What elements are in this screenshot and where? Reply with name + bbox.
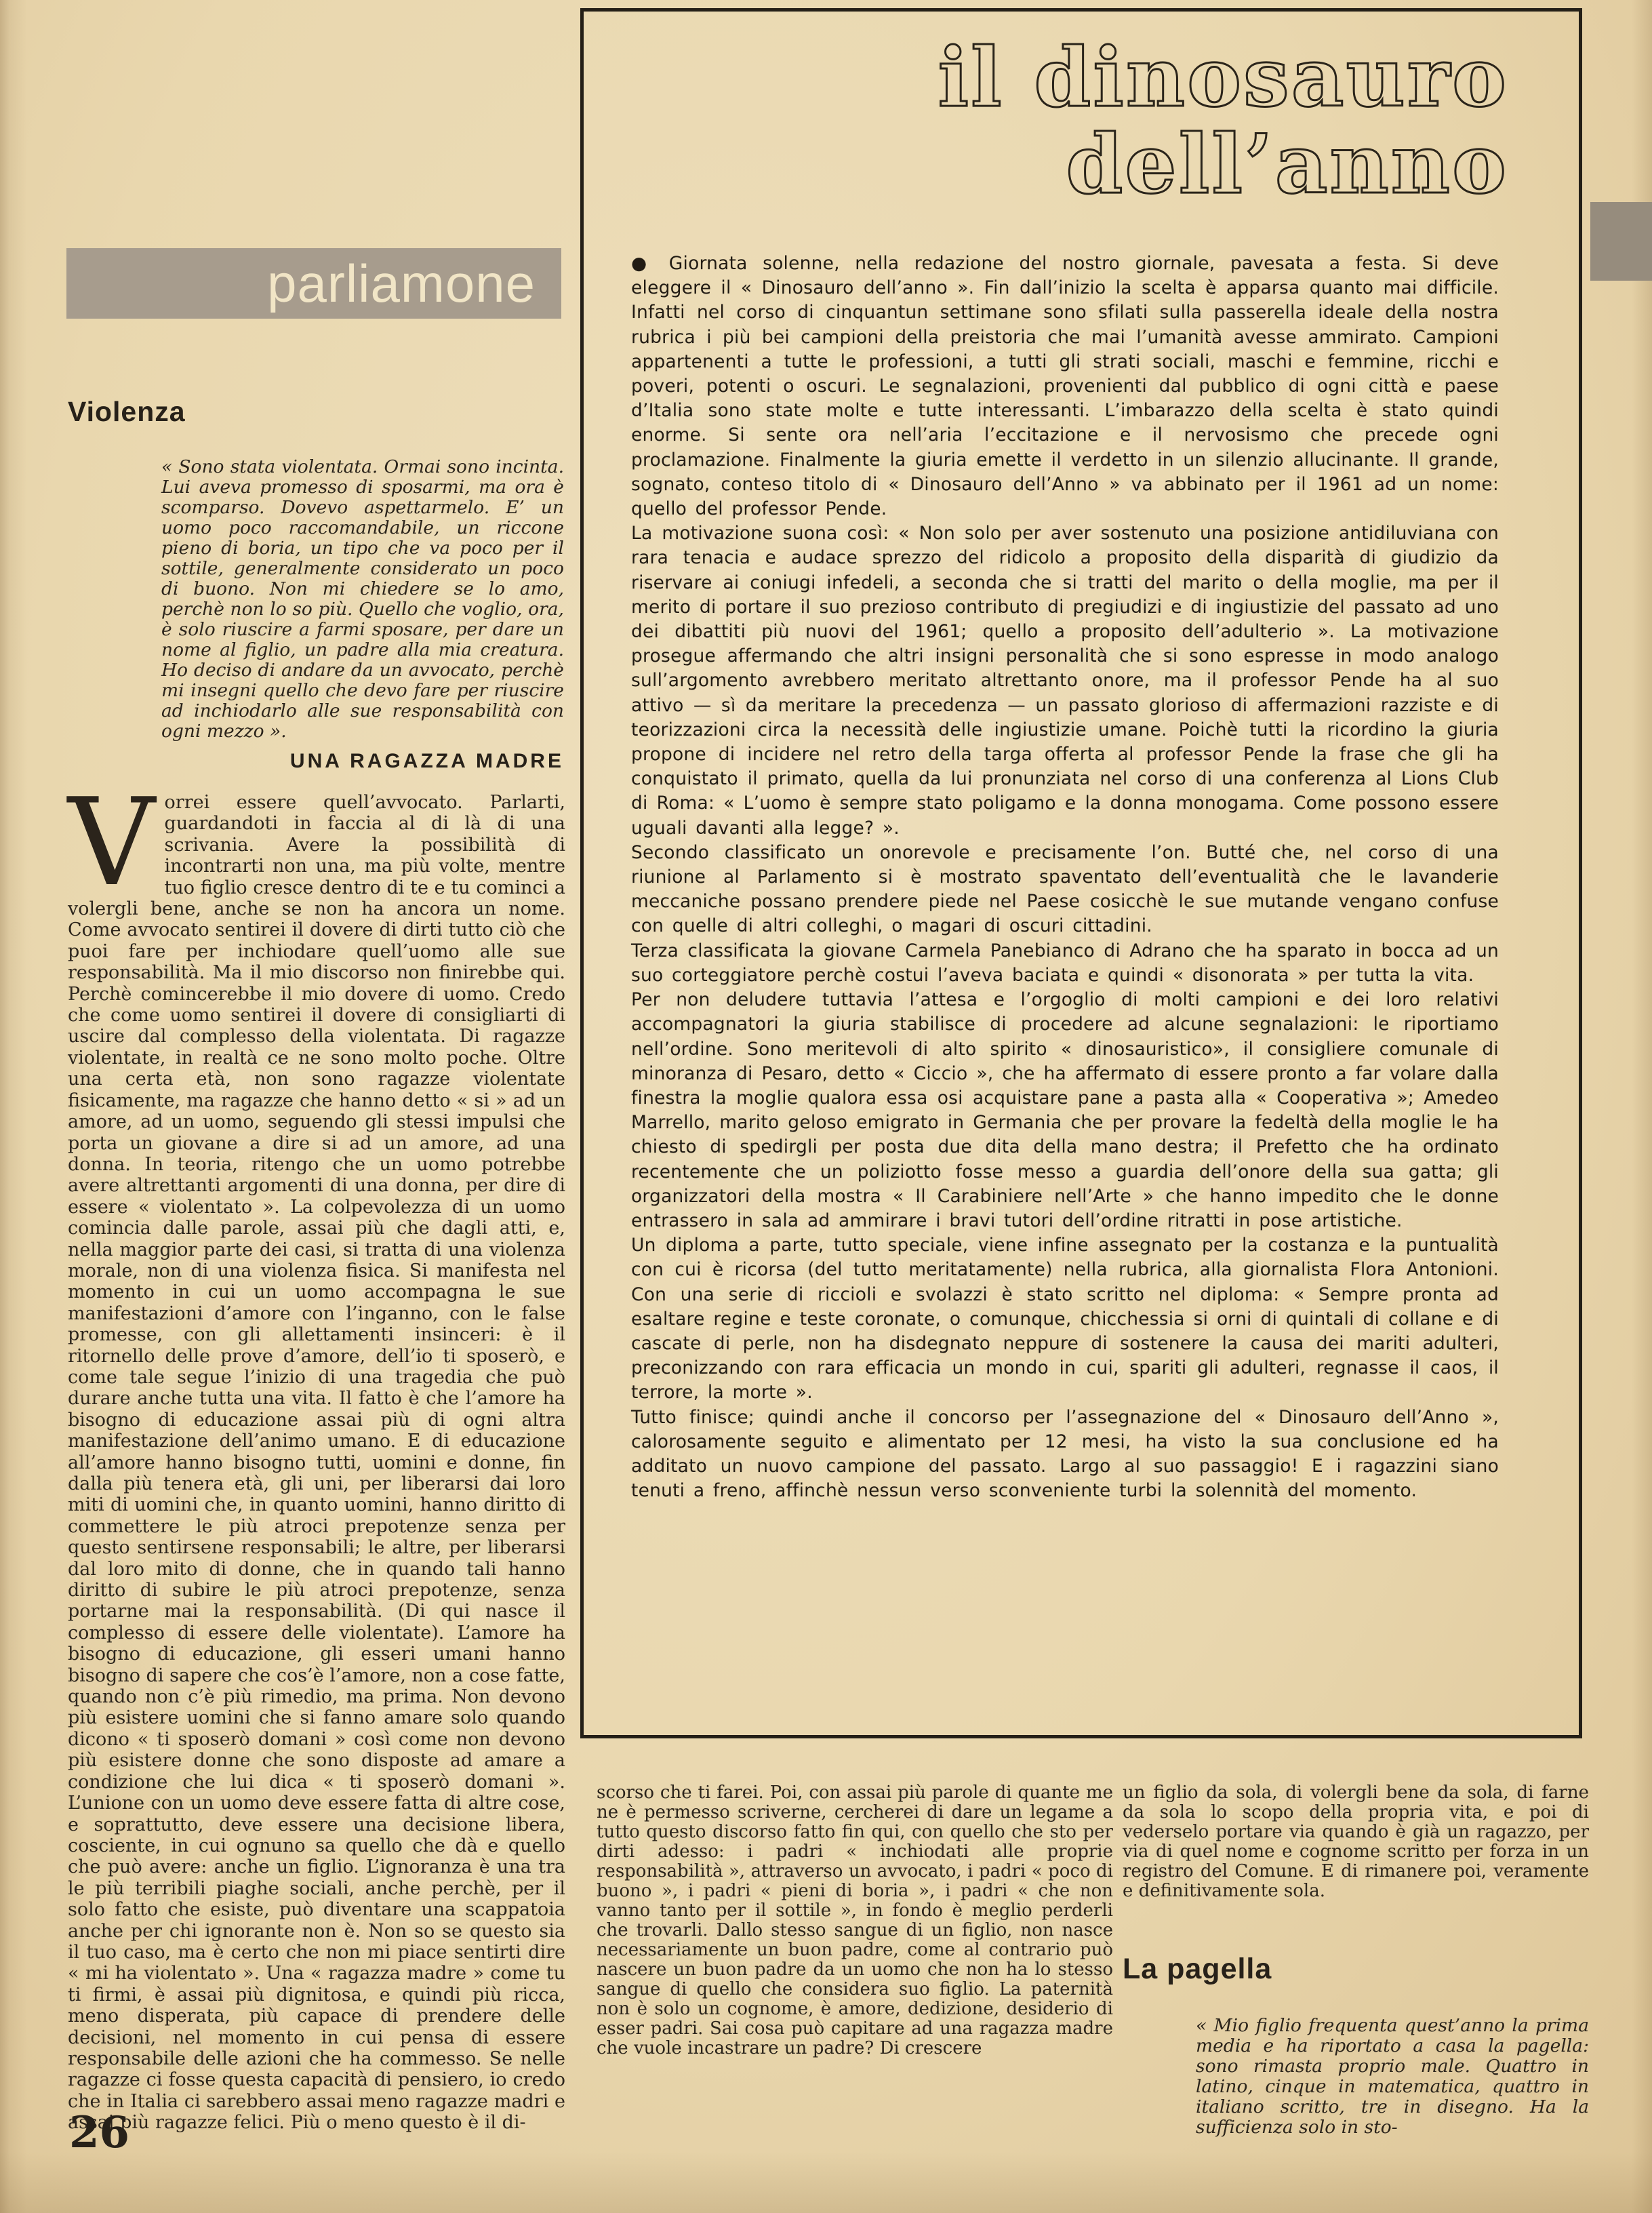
article-paragraph: ● Giornata solenne, nella redazione del …	[631, 252, 1499, 521]
bottom-column-left: scorso che ti farei. Poi, con assai più …	[597, 1783, 1113, 2058]
article-paragraph: Un diploma a parte, tutto speciale, vien…	[631, 1233, 1499, 1405]
section-title: Violenza	[68, 396, 186, 428]
pagella-title: La pagella	[1123, 1959, 1589, 1979]
article-body: ● Giornata solenne, nella redazione del …	[631, 252, 1499, 1503]
headline-line-1: il dinosauro	[584, 35, 1508, 121]
rubric-bar: parliamone	[66, 248, 561, 319]
dropcap: V	[68, 792, 165, 894]
reader-letter: « Sono stata violentata. Ormai sono inci…	[161, 457, 564, 772]
article-paragraph: Secondo classificato un onorevole e prec…	[631, 841, 1499, 939]
bottom-column-right: un figlio da sola, di volergli bene da s…	[1123, 1783, 1589, 2138]
magazine-page: parliamone Violenza « Sono stata violent…	[0, 0, 1652, 2213]
reader-letter-text: « Sono stata violentata. Ormai sono inci…	[161, 456, 564, 742]
pagella-letter: « Mio figlio frequenta quest’anno la pri…	[1123, 2016, 1589, 2138]
article-paragraph: Tutto finisce; quindi anche il concorso …	[631, 1405, 1499, 1504]
article-headline: il dinosauro dell’anno	[584, 35, 1508, 208]
reply-text: orrei essere quell’avvocato. Parlarti, g…	[68, 792, 565, 2133]
article-paragraph: Terza classificata la giovane Carmela Pa…	[631, 939, 1499, 988]
article-box: il dinosauro dell’anno ● Giornata solenn…	[580, 8, 1582, 1738]
page-number: 26	[69, 2107, 129, 2158]
article-paragraph: La motivazione suona così: « Non solo pe…	[631, 521, 1499, 841]
article-paragraph: Per non deludere tuttavia l’attesa e l’o…	[631, 988, 1499, 1233]
reply-column: V orrei essere quell’avvocato. Parlarti,…	[68, 792, 565, 2134]
bottom-column-right-text: un figlio da sola, di volergli bene da s…	[1123, 1782, 1589, 1901]
reader-letter-signature: UNA RAGAZZA MADRE	[161, 751, 564, 772]
headline-line-2: dell’anno	[584, 121, 1508, 208]
edge-gray-block	[1590, 202, 1652, 281]
rubric-title: parliamone	[267, 253, 536, 315]
